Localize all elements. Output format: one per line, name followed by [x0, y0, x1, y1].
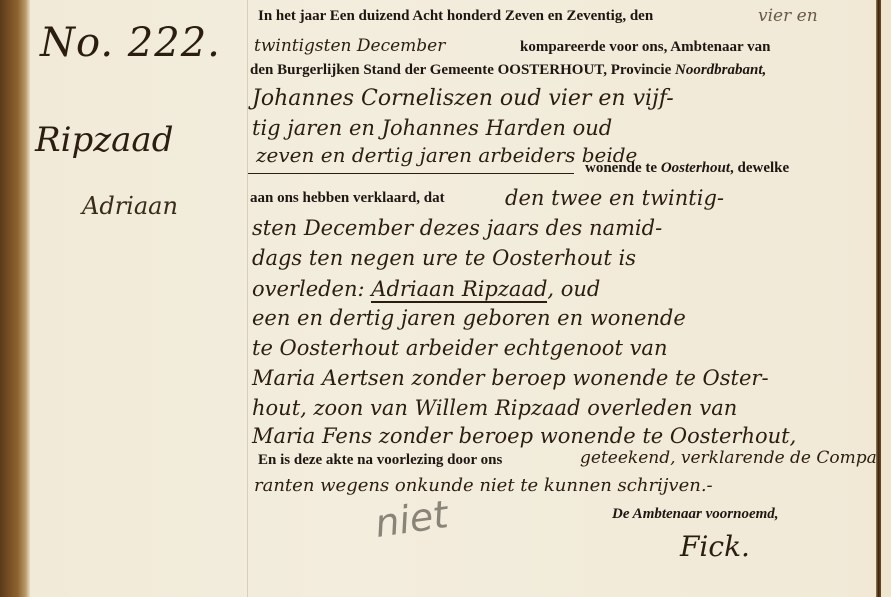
handwritten-line-2: twintigsten December [254, 36, 445, 56]
handwritten-line-13: te Oosterhout arbeider echtgenoot van [252, 336, 667, 360]
handwritten-line-9: sten December dezes jaars des namid- [252, 216, 662, 240]
printed-line-1: In het jaar Een duizend Acht honderd Zev… [258, 8, 653, 25]
printed-line-3: den Burgerlijken Stand der Gemeente OOST… [250, 62, 766, 79]
printed-line-17: En is deze akte na voorlezing door ons [258, 452, 502, 469]
record-number: No. 222. [40, 20, 221, 66]
handwritten-line-18: ranten wegens onkunde niet te kunnen sch… [254, 475, 713, 496]
handwritten-line-15: hout, zoon van Willem Ripzaad overleden … [252, 396, 737, 420]
facing-page-edge [881, 0, 891, 597]
printed-line-8: aan ons hebben verklaard, dat [250, 190, 445, 207]
handwritten-line-1: vier en [758, 6, 818, 26]
pencil-note: niet [372, 492, 450, 546]
printed-line-7: wonende te Oosterhout, dewelke [585, 160, 789, 177]
margin-surname: Ripzaad [35, 120, 173, 160]
margin-rule [247, 0, 248, 597]
handwritten-line-8: den twee en twintig- [505, 186, 724, 210]
handwritten-line-14: Maria Aertsen zonder beroep wonende te O… [252, 366, 769, 390]
register-page: No. 222. Ripzaad Adriaan In het jaar Een… [0, 0, 891, 597]
handwritten-line-6: zeven en dertig jaren arbeiders beide [256, 143, 637, 167]
book-spine [0, 0, 30, 597]
handwritten-line-12: een en dertig jaren geboren en wonende [252, 306, 686, 330]
deceased-name: Adriaan Ripzaad [371, 277, 547, 303]
handwritten-line-5: tig jaren en Johannes Harden oud [252, 116, 612, 140]
handwritten-line-11: overleden: Adriaan Ripzaad, oud [252, 277, 600, 301]
handwritten-line-17: geteekend, verklarende de Comparanten [580, 448, 891, 468]
fill-line [248, 173, 574, 174]
handwritten-line-4: Johannes Corneliszen oud vier en vijf- [252, 86, 674, 111]
margin-given-name: Adriaan [82, 192, 178, 220]
handwritten-line-10: dags ten negen ure te Oosterhout is [252, 246, 636, 270]
official-signature: Fick. [680, 530, 750, 563]
closing-text: De Ambtenaar voornoemd, [612, 506, 779, 523]
handwritten-line-16: Maria Fens zonder beroep wonende te Oost… [252, 424, 796, 448]
printed-line-2: kompareerde voor ons, Ambtenaar van [520, 39, 770, 56]
